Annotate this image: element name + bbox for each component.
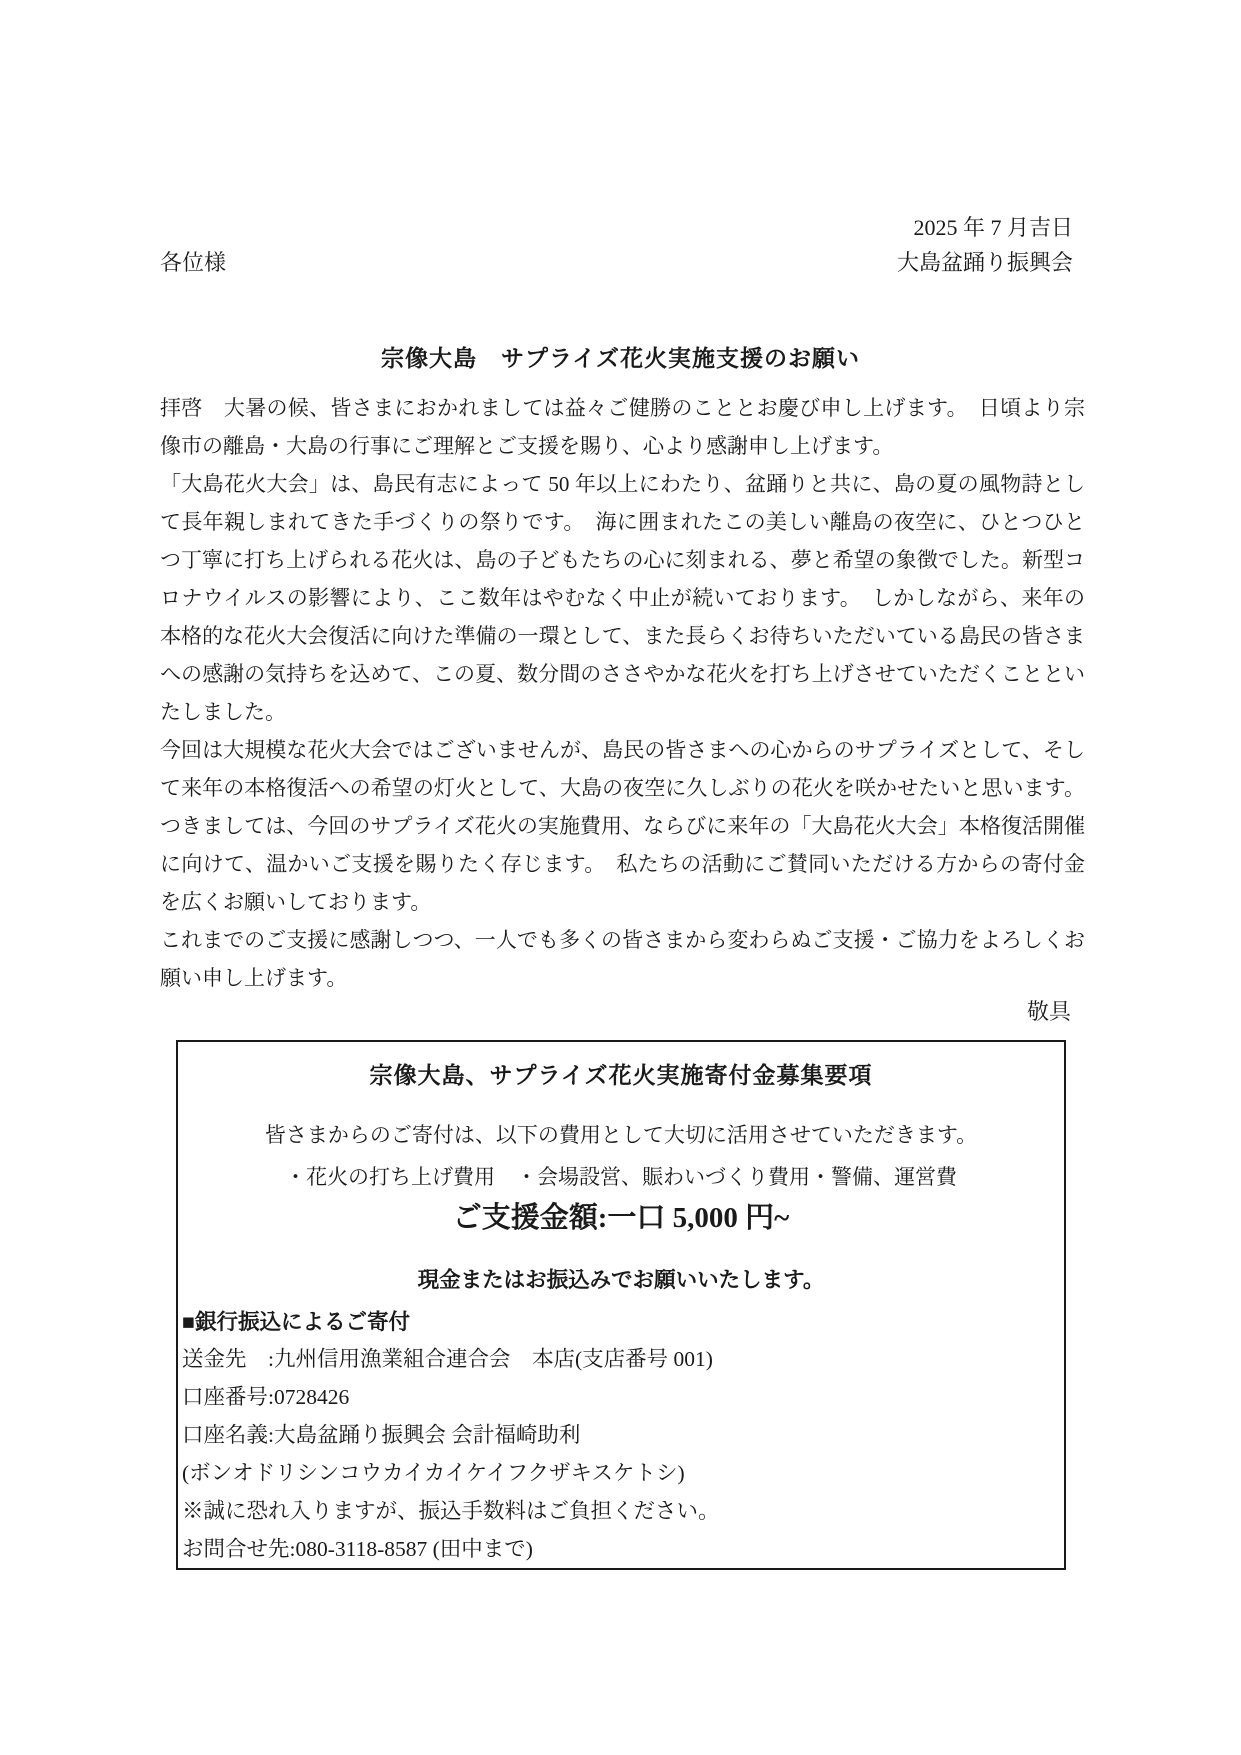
bank-detail-account-number: 口座番号:0728426	[182, 1378, 1064, 1416]
body-paragraph: 「大島花火大会」は、島民有志によって 50 年以上にわたり、盆踊りと共に、島の夏…	[160, 465, 1085, 731]
letter-body: 拝啓 大暑の候、皆さまにおかれましては益々ご健勝のこととお慶び申し上げます。 日…	[160, 389, 1085, 997]
support-amount: ご支援金額:一口 5,000 円~	[178, 1196, 1064, 1240]
bank-detail-contact: お問合せ先:080-3118-8587 (田中まで)	[182, 1530, 1064, 1568]
notice-box-title: 宗像大島、サプライズ花火実施寄付金募集要項	[178, 1058, 1064, 1094]
payment-method: 現金またはお振込みでお願いいたします。	[178, 1262, 1064, 1298]
bank-transfer-heading: ■銀行振込によるご寄付	[178, 1304, 1064, 1340]
addressee: 各位様	[160, 246, 226, 277]
bank-detail-account-name: 口座名義:大島盆踊り振興会 会計福崎助利	[182, 1416, 1064, 1454]
body-paragraph: 拝啓 大暑の候、皆さまにおかれましては益々ご健勝のこととお慶び申し上げます。 日…	[160, 389, 1085, 465]
letter-title: 宗像大島 サプライズ花火実施支援のお願い	[0, 340, 1241, 373]
bank-detail-recipient: 送金先 :九州信用漁業組合連合会 本店(支店番号 001)	[182, 1340, 1064, 1378]
date-line: 2025 年 7 月吉日	[913, 211, 1073, 242]
body-paragraph: 今回は大規模な花火大会ではございませんが、島民の皆さまへの心からのサプライズとし…	[160, 731, 1085, 921]
sender-name: 大島盆踊り振興会	[897, 246, 1073, 277]
body-paragraph: これまでのご支援に感謝しつつ、一人でも多くの皆さまから変わらぬご支援・ご協力をよ…	[160, 921, 1085, 997]
bank-detail-fee-note: ※誠に恐れ入りますが、振込手数料はご負担ください。	[182, 1492, 1064, 1530]
bank-detail-account-name-kana: (ボンオドリシンコウカイカイケイフクザキスケトシ)	[182, 1454, 1064, 1492]
donation-notice-box: 宗像大島、サプライズ花火実施寄付金募集要項 皆さまからのご寄付は、以下の費用とし…	[176, 1040, 1066, 1570]
bank-details: 送金先 :九州信用漁業組合連合会 本店(支店番号 001) 口座番号:07284…	[178, 1340, 1064, 1568]
closing-word: 敬具	[1027, 995, 1071, 1026]
donation-usage-intro: 皆さまからのご寄付は、以下の費用として大切に活用させていただきます。	[178, 1118, 1064, 1152]
donation-usage-items: ・花火の打ち上げ費用 ・会場設営、賑わいづくり費用・警備、運営費	[178, 1160, 1064, 1194]
letter-document: 2025 年 7 月吉日 各位様 大島盆踊り振興会 宗像大島 サプライズ花火実施…	[0, 0, 1241, 1755]
